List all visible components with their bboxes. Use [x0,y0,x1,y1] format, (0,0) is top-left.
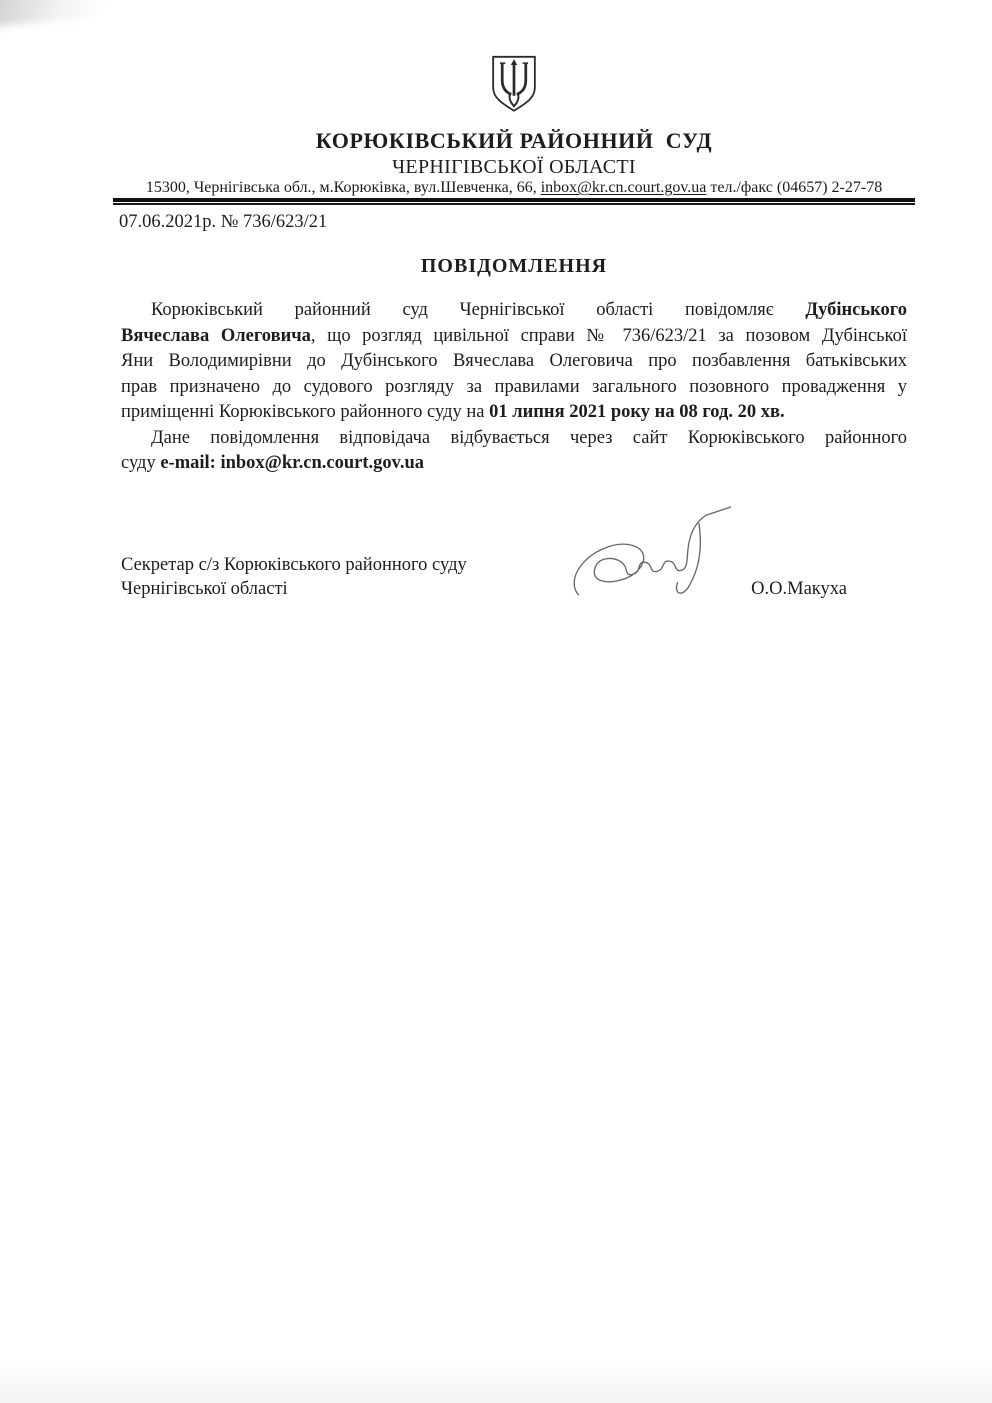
address-suffix: тел./факс (04657) 2-27-78 [706,179,882,196]
body-line: прав призначено до судового розгляду за … [121,375,907,401]
signature-block: Секретар с/з Корюківського районного суд… [113,553,915,601]
signer-name: О.О.Макуха [751,577,847,601]
body-line: приміщенні Корюківського районного суду … [121,400,907,426]
notice-title: ПОВІДОМЛЕННЯ [113,255,915,277]
court-address-line: 15300, Чернігівська обл., м.Корюківка, в… [113,179,915,197]
text-run: суду [121,453,160,473]
body-line: Дане повідомлення відповідача відбуваєть… [121,426,907,452]
signature-role: Секретар с/з Корюківського районного суд… [121,553,467,601]
header-emblem [113,55,915,113]
scan-shade-bottom [0,1357,992,1403]
body-text: Корюківський районний суд Чернігівської … [113,298,915,477]
signature-role-line2: Чернігівської області [121,577,467,601]
court-email: inbox@kr.cn.court.gov.ua [541,179,707,196]
header-divider-rule [113,198,915,205]
court-name: КОРЮКІВСЬКИЙ РАЙОННИЙ СУД [113,129,915,153]
signature-role-line1: Секретар с/з Корюківського районного суд… [121,553,467,577]
ukraine-trident-icon [489,55,539,113]
body-line: Вячеслава Олеговича, що розгляд цивільно… [121,324,907,350]
text-run-bold: Дубінського [805,300,907,320]
body-line: Корюківський районний суд Чернігівської … [121,298,907,324]
document-content: КОРЮКІВСЬКИЙ РАЙОННИЙ СУД ЧЕРНІГІВСЬКОЇ … [113,0,915,601]
text-run: , що розгляд цивільної справи № 736/623/… [311,326,907,346]
text-run: приміщенні Корюківського районного суду … [121,402,489,422]
text-run-bold: e-mail: inbox@kr.cn.court.gov.ua [160,453,424,473]
text-run: прав призначено до судового розгляду за … [121,377,907,397]
text-run-bold: Вячеслава Олеговича [121,326,311,346]
text-run: Дане повідомлення відповідача відбуваєть… [151,428,907,448]
text-run: Корюківський районний суд Чернігівської … [151,300,805,320]
court-region: ЧЕРНІГІВСЬКОЇ ОБЛАСТІ [113,156,915,178]
reference-date-number: 07.06.2021р. № 736/623/21 [113,212,915,233]
scanned-court-notice-page: КОРЮКІВСЬКИЙ РАЙОННИЙ СУД ЧЕРНІГІВСЬКОЇ … [0,0,992,1403]
text-run: Яни Володимирівни до Дубінського Вячесла… [121,351,907,371]
body-line: суду e-mail: inbox@kr.cn.court.gov.ua [121,451,907,477]
address-prefix: 15300, Чернігівська обл., м.Корюківка, в… [146,179,541,196]
body-line: Яни Володимирівни до Дубінського Вячесла… [121,349,907,375]
text-run-bold: 01 липня 2021 року на 08 год. 20 хв. [489,402,784,422]
